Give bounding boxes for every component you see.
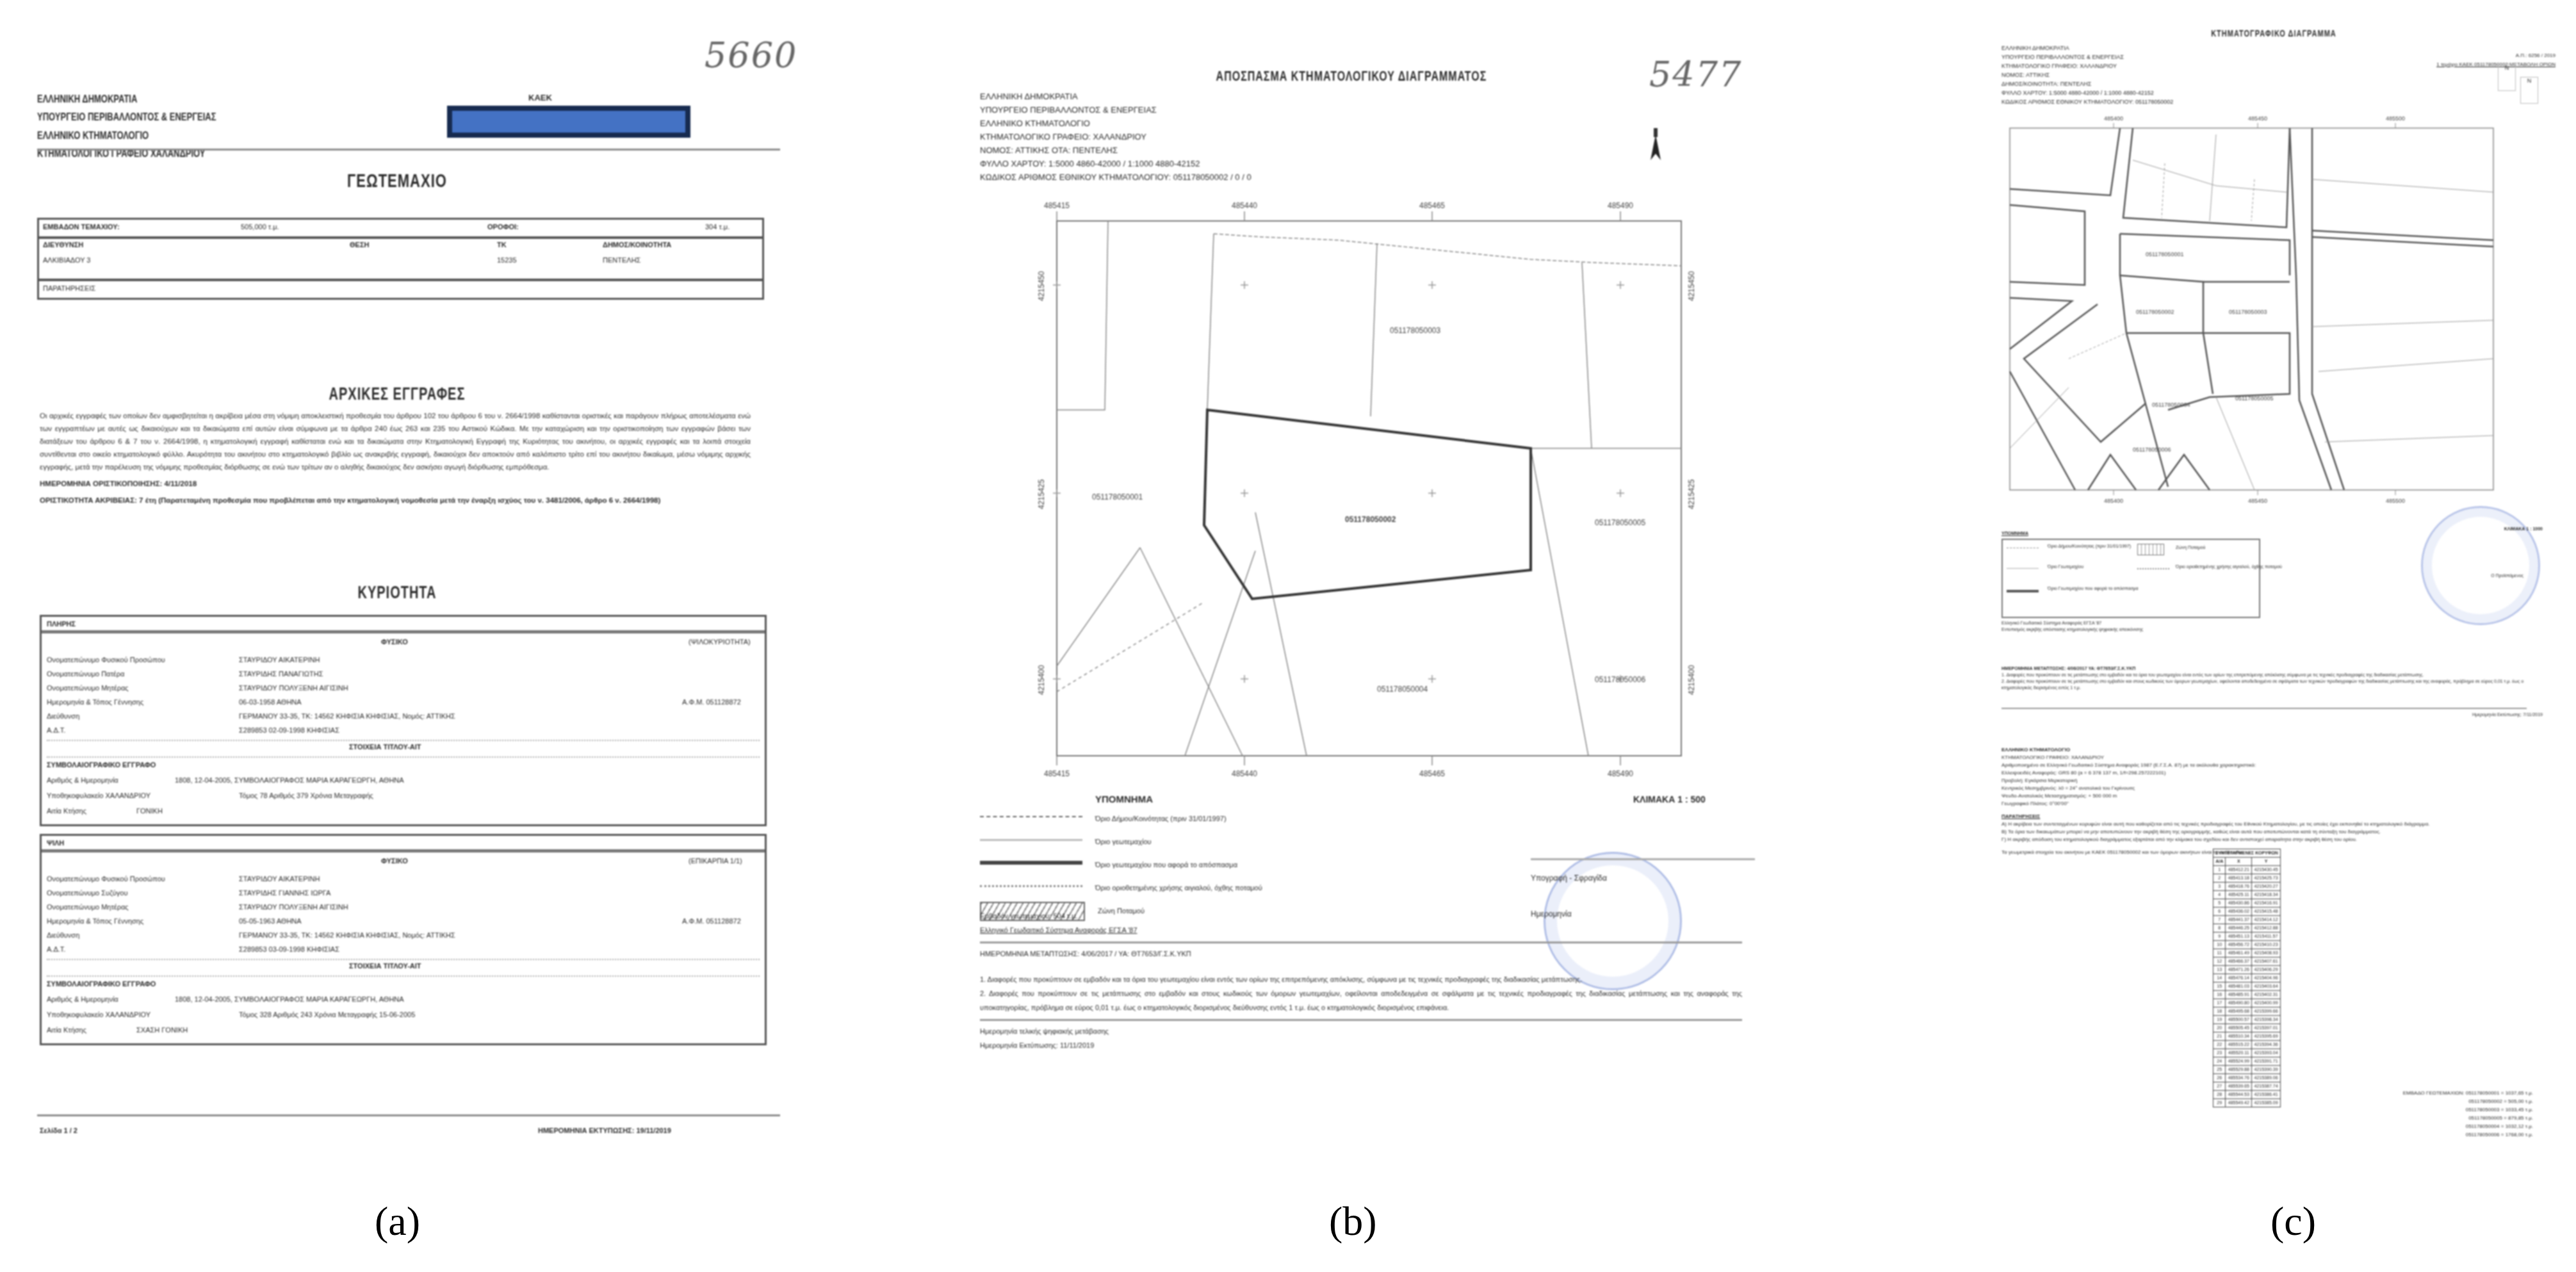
table-cell: 4215385.09 xyxy=(2252,1099,2281,1107)
field-key: Ονοματεπώνυμο Πατέρα xyxy=(47,671,239,678)
tax-id: Α.Φ.Μ. 051128872 xyxy=(682,918,741,925)
table-row: 4485425.114215418.34 xyxy=(2213,891,2281,899)
x-tick-label: 485440 xyxy=(1232,201,1257,210)
map-scale: ΚΛΙΜΑΚΑ 1 : 1000 xyxy=(2504,526,2543,533)
table-cell: 485481.03 xyxy=(2226,983,2252,991)
table-cell: 485412.21 xyxy=(2226,866,2252,874)
table-cell: 9 xyxy=(2213,933,2226,941)
field-row: Ονοματεπώνυμο Φυσικού ΠροσώπουΣΤΑΥΡΙΔΟΥ … xyxy=(47,656,320,664)
footer-divider xyxy=(37,1114,780,1116)
table-cell: 485500.57 xyxy=(2226,1016,2252,1024)
panel-a-parcel-record: 5660 ΕΛΛΗΝΙΚΗ ΔΗΜΟΚΡΑΤΙΑ ΥΠΟΥΡΓΕΙΟ ΠΕΡΙΒ… xyxy=(26,0,794,1166)
ownership-type: ΨΙΛΗ xyxy=(42,836,765,852)
table-cell: 19 xyxy=(2213,1016,2226,1024)
table-cell: 18 xyxy=(2213,1007,2226,1016)
table-cell: 4215400.99 xyxy=(2252,999,2281,1007)
field-key: Αριθμός & Ημερομηνία xyxy=(47,996,175,1004)
field-row: Α.Δ.Τ.Σ289853 02-09-1998 ΚΗΦΙΣΙΑΣ xyxy=(47,727,339,735)
table-row: 17485490.804215400.99 xyxy=(2213,999,2281,1007)
divider xyxy=(2001,708,2527,709)
table-cell: 4215394.36 xyxy=(2252,1041,2281,1049)
deed-heading: ΣΥΜΒΟΛΑΙΟΓΡΑΦΙΚΟ ΕΓΓΡΑΦΟ xyxy=(47,981,156,988)
table-row: 8485446.254215412.88 xyxy=(2213,924,2281,933)
table-cell: 4215418.34 xyxy=(2252,891,2281,899)
table-cell: 4215403.64 xyxy=(2252,983,2281,991)
table-cell: 12 xyxy=(2213,958,2226,966)
table-cell: 4215387.74 xyxy=(2252,1082,2281,1091)
person-type: ΦΥΣΙΚΟ xyxy=(381,858,408,865)
remarks-heading: ΠΑΡΑΤΗΡΗΣΕΙΣ xyxy=(2001,813,2527,820)
map-legend: ΥΠΟΜΝΗΜΑ Όριο Δήμου/Κοινότητας (πριν 31/… xyxy=(980,794,1262,923)
table-cell: 485505.45 xyxy=(2226,1024,2252,1032)
field-row: Ονοματεπώνυμο ΣυζύγουΣΤΑΥΡΙΔΗΣ ΓΙΑΝΝΗΣ Ι… xyxy=(47,890,330,897)
table-cell: 4215407.61 xyxy=(2252,958,2281,966)
table-cell: 485425.11 xyxy=(2226,891,2252,899)
area-label: ΕΜΒΑΔΟΝ ΤΕΜΑΧΙΟΥ: xyxy=(43,224,120,231)
map-scale: ΚΛΙΜΑΚΑ 1 : 500 xyxy=(1633,794,1706,804)
table-row: 11485461.494215408.93 xyxy=(2213,949,2281,958)
table-row: 26485534.764215389.06 xyxy=(2213,1074,2281,1082)
table-cell: 485436.02 xyxy=(2226,908,2252,916)
table-cell: 4215386.41 xyxy=(2252,1091,2281,1099)
field-key: Διεύθυνση xyxy=(47,932,239,940)
table-cell: 485430.86 xyxy=(2226,899,2252,908)
parcel-label: 051178050003 xyxy=(1390,326,1441,335)
signature-label: Υπογραφή - Σφραγίδα xyxy=(1531,860,1755,896)
table-cell: 27 xyxy=(2213,1082,2226,1091)
table-row: 6485436.024215415.48 xyxy=(2213,908,2281,916)
table-cell: 485461.49 xyxy=(2226,949,2252,958)
table-row: 27485539.654215387.74 xyxy=(2213,1082,2281,1091)
legend-box: Όριο Δήμου/Κοινότητας (πριν 31/01/1997) … xyxy=(2001,539,2260,618)
dotted-line-icon xyxy=(2137,568,2169,569)
table-cell: 485520.11 xyxy=(2226,1049,2252,1057)
dotted-line-icon xyxy=(980,885,1082,892)
tax-id: Α.Φ.Μ. 051128872 xyxy=(682,699,741,706)
dotted-divider xyxy=(47,975,760,977)
field-row: Ονοματεπώνυμο ΜητέραςΣΤΑΥΡΙΔΟΥ ΠΟΛΥΞΕΝΗ … xyxy=(47,685,348,692)
handwritten-number: 5660 xyxy=(705,35,797,76)
legend-label: Όριο Γεωτεμαχίου που αφορά το απόσπασμα xyxy=(2048,586,2139,592)
table-cell: 485510.34 xyxy=(2226,1032,2252,1041)
table-cell: 485495.68 xyxy=(2226,1007,2252,1016)
table-cell: 11 xyxy=(2213,949,2226,958)
legend-title: ΥΠΟΜΝΗΜΑ xyxy=(2001,532,2260,536)
right-type: (ΨΙΛΟΚΥΡΙΟΤΗΤΑ) xyxy=(689,639,751,646)
parcel-label: 051178050005 xyxy=(2235,395,2273,402)
parcel-label: 051178050006 xyxy=(1595,675,1646,684)
deed-title: ΣΤΟΙΧΕΙΑ ΤΙΤΛΟΥ-ΑΙΤ xyxy=(349,744,421,751)
x-tick-label: 485465 xyxy=(1419,769,1445,778)
table-cell: 13 xyxy=(2213,966,2226,974)
table-cell: 485534.76 xyxy=(2226,1074,2252,1082)
caption-b: (b) xyxy=(1329,1198,1377,1245)
parcel-label: 051178050005 xyxy=(1595,518,1646,527)
table-cell: 4215415.48 xyxy=(2252,908,2281,916)
tk-value: 15235 xyxy=(497,257,517,265)
table-cell: 4215402.31 xyxy=(2252,991,2281,999)
print-date: ΗΜΕΡΟΜΗΝΙΑ ΕΚΤΥΠΩΣΗΣ: 19/11/2019 xyxy=(538,1127,671,1135)
table-cell: 4215395.69 xyxy=(2252,1032,2281,1041)
dash-dot-line-icon xyxy=(980,816,1082,822)
print-date: Ημερομηνία Εκτύπωσης: 7/11/2019 xyxy=(2472,712,2543,719)
right-type: (ΕΠΙΚΑΡΠΙΑ 1/1) xyxy=(689,858,742,865)
field-value: 1808, 12-04-2005, ΣΥΜΒΟΛΑΙΟΓΡΑΦΟΣ ΜΑΡΙΑ … xyxy=(175,996,404,1004)
y-tick-label: 4215425 xyxy=(1037,479,1046,509)
legend-label: Όριο Γεωτεμαχίου xyxy=(2048,564,2083,571)
dotted-divider xyxy=(47,740,760,741)
field-value: ΣΧΑΣΗ ΓΟΝΙΚΗ xyxy=(136,1027,188,1034)
table-row: 16485485.914215402.31 xyxy=(2213,991,2281,999)
table-cell: 4215408.93 xyxy=(2252,949,2281,958)
note: 2. Διαφορές που προκύπτουν σε τις μετάπτ… xyxy=(980,987,1742,1015)
official-stamp-icon xyxy=(2421,506,2540,625)
field-value: 1808, 12-04-2005, ΣΥΜΒΟΛΑΙΟΓΡΑΦΟΣ ΜΑΡΙΑ … xyxy=(175,777,404,785)
dashed-line-icon xyxy=(2007,548,2039,548)
table-row: 9485451.134215411.57 xyxy=(2213,933,2281,941)
table-row: 12485466.374215407.61 xyxy=(2213,958,2281,966)
info-line: Κεντρικός Μεσημβρινός: λ0 = 24° ανατολικ… xyxy=(2001,785,2527,792)
legend-item: Όριο Δήμου/Κοινότητας (πριν 31/01/1997) xyxy=(980,808,1262,831)
table-row: 15485481.034215403.64 xyxy=(2213,983,2281,991)
field-key: Ημερομηνία & Τόπος Γέννησης xyxy=(47,918,239,925)
cadastral-map: 4854154854154854404854404854654854654854… xyxy=(980,0,1768,794)
table-cell: 21 xyxy=(2213,1032,2226,1041)
area-line: 051178050006 = 1768,00 τ.μ. xyxy=(2403,1130,2533,1139)
tk-label: ΤΚ xyxy=(497,241,507,249)
remark: Β) Τα όρια των δικαιωμάτων μπορεί να μην… xyxy=(2001,828,2527,836)
initial-entries-text: Οι αρχικές εγγραφές των οποίων δεν αμφισ… xyxy=(40,410,751,507)
legal-paragraph: Οι αρχικές εγγραφές των οποίων δεν αμφισ… xyxy=(40,410,751,474)
parcel-label: 051178050004 xyxy=(1377,685,1428,694)
y-tick-label: 4215400 xyxy=(1037,665,1046,695)
table-cell: 29 xyxy=(2213,1099,2226,1107)
table-cell: 485515.22 xyxy=(2226,1041,2252,1049)
caption-a: (a) xyxy=(375,1198,420,1245)
table-cell: 6 xyxy=(2213,908,2226,916)
field-row: ΔιεύθυνσηΓΕΡΜΑΝΟΥ 33-35, ΤΚ: 14562 ΚΗΦΙΣ… xyxy=(47,713,455,721)
table-cell: 4215420.27 xyxy=(2252,883,2281,891)
field-value: Τόμος 328 Αριθμός 243 Χρόνια Μεταγραφής … xyxy=(239,1011,415,1019)
field-key: Ονοματεπώνυμο Φυσικού Προσώπου xyxy=(47,656,239,664)
table-cell: 4215412.88 xyxy=(2252,924,2281,933)
legend-label: Ζώνη Ποταμού xyxy=(2176,545,2205,551)
position-label: ΘΕΣΗ xyxy=(350,241,369,249)
cadastral-map: 4854004854004854504854504855004855000511… xyxy=(1998,0,2562,532)
crs-line: Ελληνικό Γεωδαιτικό Σύστημα Αναφοράς ΕΓΣ… xyxy=(980,924,1742,938)
header-line: ΥΠΟΥΡΓΕΙΟ ΠΕΡΙΒΑΛΛΟΝΤΟΣ & ΕΝΕΡΓΕΙΑΣ xyxy=(37,108,216,127)
x-tick-label: 485450 xyxy=(2248,115,2267,122)
table-row: 1485412.214215430.45 xyxy=(2213,866,2281,874)
field-row: Υποθηκοφυλακείο ΧΑΛΑΝΔΡΙΟΥΤόμος 78 Αριθμ… xyxy=(47,792,373,800)
version-line: ΗΜΕΡΟΜΗΝΙΑ ΜΕΤΑΠΤΩΣΗΣ: 4/06/2017 / ΥΑ: Θ… xyxy=(980,947,1742,961)
note: 2. Διαφορές που προκύπτουν σε τις μετάπτ… xyxy=(2001,679,2527,692)
field-row: Αριθμός & Ημερομηνία1808, 12-04-2005, ΣΥ… xyxy=(47,777,404,785)
table-cell: 485490.80 xyxy=(2226,999,2252,1007)
legend-label: Όριο Δήμου/Κοινότητας (πριν 31/01/1997) xyxy=(1095,815,1227,823)
table-row: 19485500.574215398.34 xyxy=(2213,1016,2281,1024)
north-arrow-icon xyxy=(1651,128,1661,160)
field-value: Σ289853 03-09-1998 ΚΗΦΙΣΙΑΣ xyxy=(239,946,339,954)
deed-heading: ΣΥΜΒΟΛΑΙΟΓΡΑΦΙΚΟ ΕΓΓΡΑΦΟ xyxy=(47,762,156,769)
address-label: ΔΙΕΥΘΥΝΣΗ xyxy=(43,241,83,249)
info-line: Αριθμοποιημένο σε Ελληνικό Γεωδαιτικό Σύ… xyxy=(2001,762,2527,769)
vertex-coordinates-table: ΣΥΝΤΕΤΑΓΜΕΝΕΣ ΚΟΡΥΦΩΝ Α/Α Χ Υ 1485412.21… xyxy=(2213,849,2281,1107)
header-line: ΚΤΗΜΑΤΟΛΟΓΙΚΟ ΓΡΑΦΕΙΟ ΧΑΛΑΝΔΡΙΟΥ xyxy=(37,145,216,163)
y-tick-label: 4215450 xyxy=(1687,271,1696,301)
deed-title: ΣΤΟΙΧΕΙΑ ΤΙΤΛΟΥ-ΑΙΤ xyxy=(349,963,421,970)
table-row: 28485544.534215386.41 xyxy=(2213,1091,2281,1099)
table-title: ΣΥΝΤΕΤΑΓΜΕΝΕΣ ΚΟΡΥΦΩΝ xyxy=(2213,849,2281,858)
table-cell: 4215414.12 xyxy=(2252,916,2281,924)
parcel-areas: ΕΜΒΑΔΟ ΓΕΩΤΕΜΑΧΙΩΝ: 051178050001 = 1037,… xyxy=(2403,1089,2533,1139)
page-title: ΓΕΩΤΕΜΑΧΙΟ xyxy=(295,170,500,192)
legend-label: Όριο Δήμου/Κοινότητας (πριν 31/01/1997) xyxy=(2048,544,2131,550)
field-value: ΣΤΑΥΡΙΔΗΣ ΓΙΑΝΝΗΣ ΙΩΡΓΑ xyxy=(239,890,330,897)
parcel-label: 051178050001 xyxy=(2146,251,2183,257)
table-row: 13485471.264215406.29 xyxy=(2213,966,2281,974)
finalization-note: ΟΡΙΣΤΙΚΟΤΗΤΑ ΑΚΡΙΒΕΙΑΣ: 7 έτη (Παρατεταμ… xyxy=(40,494,751,507)
parcel-label: 051178050003 xyxy=(2229,309,2267,315)
footer-line: Ημερομηνία τελικής ψηφιακής μετάβασης xyxy=(980,1025,1742,1039)
table-cell: 4215390.39 xyxy=(2252,1066,2281,1074)
table-cell: 7 xyxy=(2213,916,2226,924)
table-row: 25485529.884215390.39 xyxy=(2213,1066,2281,1074)
table-cell: 485446.25 xyxy=(2226,924,2252,933)
x-tick-label: 485415 xyxy=(1044,201,1070,210)
table-cell: 24 xyxy=(2213,1057,2226,1066)
table-cell: 485466.37 xyxy=(2226,958,2252,966)
field-row: Ημερομηνία & Τόπος Γέννησης05-05-1963 ΑΘ… xyxy=(47,918,302,925)
table-cell: 485456.72 xyxy=(2226,941,2252,949)
field-value: ΣΤΑΥΡΙΔΟΥ ΠΟΛΥΞΕΝΗ ΑΙΓΙΣΙΝΗ xyxy=(239,685,348,692)
municipality-label: ΔΗΜΟΣ/ΚΟΙΝΟΤΗΤΑ xyxy=(603,241,671,249)
table-cell: 485413.18 xyxy=(2226,874,2252,883)
address-value: ΑΛΚΙΒΙΑΔΟΥ 3 xyxy=(43,257,90,265)
redaction-box xyxy=(447,106,690,138)
table-cell: 485544.53 xyxy=(2226,1091,2252,1099)
table-row: 22485515.224215394.36 xyxy=(2213,1041,2281,1049)
divider xyxy=(39,236,762,239)
table-cell: 485539.65 xyxy=(2226,1082,2252,1091)
field-value: ΣΤΑΥΡΙΔΟΥ ΑΙΚΑΤΕΡΙΝΗ xyxy=(239,656,320,664)
area-value: 505,000 τ.μ. xyxy=(241,224,279,231)
table-cell: 485524.99 xyxy=(2226,1057,2252,1066)
field-key: Ονοματεπώνυμο Φυσικού Προσώπου xyxy=(47,876,239,883)
crs-line: Ελληνικό Γεωδαιτικό Σύστημα Αναφοράς ΕΓΣ… xyxy=(2001,621,2260,627)
field-key: Αιτία Κτήσης xyxy=(47,808,136,815)
y-tick-label: 4215425 xyxy=(1687,479,1696,509)
field-key: Ονοματεπώνυμο Μητέρας xyxy=(47,904,239,911)
table-cell: 8 xyxy=(2213,924,2226,933)
note: ΗΜΕΡΟΜΗΝΙΑ ΜΕΤΑΠΤΩΣΗΣ: 4/06/2017 ΥΑ: ΘΤ7… xyxy=(2001,666,2527,673)
divider xyxy=(980,942,1742,943)
footer-line: Ημερομηνία Εκτύπωσης: 11/11/2019 xyxy=(980,1039,1742,1053)
kaek-label: ΚΑΕΚ xyxy=(528,93,552,102)
field-row: ΔιεύθυνσηΓΕΡΜΑΝΟΥ 33-35, ΤΚ: 14562 ΚΗΦΙΣ… xyxy=(47,932,455,940)
field-key: Αιτία Κτήσης xyxy=(47,1027,136,1034)
field-value: Τόμος 78 Αριθμός 379 Χρόνια Μεταγραφής xyxy=(239,792,373,800)
dotted-divider xyxy=(47,959,760,960)
column-header: Υ xyxy=(2252,858,2281,866)
field-row: Υποθηκοφυλακείο ΧΑΛΑΝΔΡΙΟΥΤόμος 328 Αριθ… xyxy=(47,1011,415,1019)
floor-value: 304 τ.μ. xyxy=(705,224,730,231)
reference-system-info: ΕΛΛΗΝΙΚΟ ΚΤΗΜΑΤΟΛΟΓΙΟ ΚΤΗΜΑΤΟΛΟΓΙΚΟ ΓΡΑΦ… xyxy=(2001,746,2527,856)
field-value: ΓΟΝΙΚΗ xyxy=(136,808,163,815)
table-row: 2485413.184215425.73 xyxy=(2213,874,2281,883)
table-row: 14485476.144215404.96 xyxy=(2213,974,2281,983)
field-row: Ημερομηνία & Τόπος Γέννησης06-03-1958 ΑΘ… xyxy=(47,699,302,706)
table-cell: 4215393.04 xyxy=(2252,1049,2281,1057)
table-cell: 4215391.71 xyxy=(2252,1057,2281,1066)
page-number: Σελίδα 1 / 2 xyxy=(40,1127,77,1135)
table-cell: 4215410.23 xyxy=(2252,941,2281,949)
table-cell: 485471.26 xyxy=(2226,966,2252,974)
table-cell: 25 xyxy=(2213,1066,2226,1074)
y-tick-label: 4215450 xyxy=(1037,271,1046,301)
legend-item: Όριο οριοθετημένης χρήσης αιγιαλού, όχθη… xyxy=(980,877,1262,900)
caption-c: (c) xyxy=(2270,1198,2316,1245)
parcel-area: Εμβαδόν γεωτεμαχίου: 504 τ.μ. xyxy=(980,909,1742,924)
x-tick-label: 485440 xyxy=(1232,769,1257,778)
info-line: Προβολή: Εγκάρσια Μερκατορική xyxy=(2001,777,2527,785)
table-cell: 485451.13 xyxy=(2226,933,2252,941)
x-tick-label: 485490 xyxy=(1608,201,1633,210)
table-cell: 485418.76 xyxy=(2226,883,2252,891)
legend-label: Όριο οριοθετημένης χρήσης αιγιαλού, όχθη… xyxy=(2176,564,2282,571)
field-row: Α.Δ.Τ.Σ289853 03-09-1998 ΚΗΦΙΣΙΑΣ xyxy=(47,946,339,954)
table-cell: 485549.42 xyxy=(2226,1099,2252,1107)
area-line: 051178050005 = 879,85 τ.μ. xyxy=(2403,1114,2533,1122)
field-value: ΣΤΑΥΡΙΔΟΥ ΑΙΚΑΤΕΡΙΝΗ xyxy=(239,876,320,883)
table-cell: 4215397.01 xyxy=(2252,1024,2281,1032)
ownership-title: ΚΥΡΙΟΤΗΤΑ xyxy=(301,583,493,603)
initial-entries-title: ΑΡΧΙΚΕΣ ΕΓΓΡΑΦΕΣ xyxy=(282,385,512,405)
x-tick-label: 485400 xyxy=(2104,115,2123,122)
table-cell: 17 xyxy=(2213,999,2226,1007)
map-legend: ΥΠΟΜΝΗΜΑ Όριο Δήμου/Κοινότητας (πριν 31/… xyxy=(2001,532,2260,633)
table-cell: 22 xyxy=(2213,1041,2226,1049)
table-cell: 485485.91 xyxy=(2226,991,2252,999)
map-notes: Εμβαδόν γεωτεμαχίου: 504 τ.μ. Ελληνικό Γ… xyxy=(980,909,1742,1053)
field-row: Αριθμός & Ημερομηνία1808, 12-04-2005, ΣΥ… xyxy=(47,996,404,1004)
field-value: 05-05-1963 ΑΘΗΝΑ xyxy=(239,918,302,925)
table-cell: 4215399.66 xyxy=(2252,1007,2281,1016)
field-key: Διεύθυνση xyxy=(47,713,239,721)
x-tick-label: 485500 xyxy=(2386,115,2405,122)
column-header: Α/Α xyxy=(2213,858,2226,866)
field-value: 06-03-1958 ΑΘΗΝΑ xyxy=(239,699,302,706)
table-cell: 4215416.91 xyxy=(2252,899,2281,908)
municipality-value: ΠΕΝΤΕΛΗΣ xyxy=(603,257,640,265)
table-row: 7485441.374215414.12 xyxy=(2213,916,2281,924)
table-cell: 16 xyxy=(2213,991,2226,999)
field-row: Ονοματεπώνυμο ΠατέραΣΤΑΥΡΙΔΗΣ ΠΑΝΑΓΙΩΤΗΣ xyxy=(47,671,323,678)
table-cell: 4215398.34 xyxy=(2252,1016,2281,1024)
table-cell: 23 xyxy=(2213,1049,2226,1057)
x-tick-label: 485400 xyxy=(2104,498,2123,504)
parcel-label: 051178050002 xyxy=(2136,309,2174,315)
table-cell: 4 xyxy=(2213,891,2226,899)
finalization-date: ΗΜΕΡΟΜΗΝΙΑ ΟΡΙΣΤΙΚΟΠΟΙΗΣΗΣ: 4/11/2018 xyxy=(40,478,751,491)
thin-line-icon xyxy=(980,839,1082,846)
panel-b-cadastral-extract: 5477 ΑΠΟΣΠΑΣΜΑ ΚΤΗΜΑΤΟΛΟΓΙΚΟΥ ΔΙΑΓΡΑΜΜΑΤ… xyxy=(980,0,1768,1166)
dotted-divider xyxy=(47,756,760,758)
info-line: ΚΤΗΜΑΤΟΛΟΓΙΚΟ ΓΡΑΦΕΙΟ: ΧΑΛΑΝΔΡΙΟΥ xyxy=(2001,754,2527,762)
field-key: Α.Δ.Τ. xyxy=(47,946,239,954)
x-tick-label: 485490 xyxy=(1608,769,1633,778)
table-row: 21485510.344215395.69 xyxy=(2213,1032,2281,1041)
area-line: 051178050003 = 1033,45 τ.μ. xyxy=(2403,1105,2533,1114)
note: 1. Διαφορές που προκύπτουν σε τις μετάπτ… xyxy=(2001,673,2527,679)
x-tick-label: 485500 xyxy=(2386,498,2405,504)
divider xyxy=(39,279,762,281)
map-notes: ΗΜΕΡΟΜΗΝΙΑ ΜΕΤΑΠΤΩΣΗΣ: 4/06/2017 ΥΑ: ΘΤ7… xyxy=(2001,666,2527,692)
field-value: ΓΕΡΜΑΝΟΥ 33-35, ΤΚ: 14562 ΚΗΦΙΣΙΑ ΚΗΦΙΣΙ… xyxy=(239,932,455,940)
field-key: Υποθηκοφυλακείο ΧΑΛΑΝΔΡΙΟΥ xyxy=(47,792,239,800)
thick-line-icon xyxy=(2007,590,2039,592)
table-cell: 485441.37 xyxy=(2226,916,2252,924)
thick-line-icon xyxy=(980,861,1082,870)
parcel-label: 051178050002 xyxy=(1345,515,1396,524)
x-tick-label: 485415 xyxy=(1044,769,1070,778)
x-tick-label: 485465 xyxy=(1419,201,1445,210)
agency-header: ΕΛΛΗΝΙΚΗ ΔΗΜΟΚΡΑΤΙΑ ΥΠΟΥΡΓΕΙΟ ΠΕΡΙΒΑΛΛΟΝ… xyxy=(37,90,216,163)
table-cell: 1 xyxy=(2213,866,2226,874)
area-line: ΕΜΒΑΔΟ ΓΕΩΤΕΜΑΧΙΩΝ: 051178050001 = 1037,… xyxy=(2403,1089,2533,1097)
field-key: Α.Δ.Τ. xyxy=(47,727,239,735)
info-line: Ψευδο-Ανατολικός Μετασχηματισμός: + 500 … xyxy=(2001,792,2527,800)
field-row: Αιτία ΚτήσηςΓΟΝΙΚΗ xyxy=(47,808,163,815)
table-cell: 4215404.96 xyxy=(2252,974,2281,983)
legend-item: Όριο γεωτεμαχίου που αφορά το απόσπασμα xyxy=(980,854,1262,877)
field-value: ΣΤΑΥΡΙΔΟΥ ΠΟΛΥΞΕΝΗ ΑΙΓΙΣΙΝΗ xyxy=(239,904,348,911)
legend-label: Όριο γεωτεμαχίου xyxy=(1095,838,1152,846)
x-tick-label: 485450 xyxy=(2248,498,2267,504)
table-cell: 10 xyxy=(2213,941,2226,949)
field-row: Ονοματεπώνυμο Φυσικού ΠροσώπουΣΤΑΥΡΙΔΟΥ … xyxy=(47,876,320,883)
note: 1. Διαφορές που προκύπτουν σε εμβαδόν κα… xyxy=(980,973,1742,987)
field-value: ΓΕΡΜΑΝΟΥ 33-35, ΤΚ: 14562 ΚΗΦΙΣΙΑ ΚΗΦΙΣΙ… xyxy=(239,713,455,721)
field-row: Αιτία ΚτήσηςΣΧΑΣΗ ΓΟΝΙΚΗ xyxy=(47,1027,188,1034)
parcel-label: 051178050006 xyxy=(2133,446,2171,453)
remark: Γ) Η ακριβής απόδοση του κτηματολογικού … xyxy=(2001,836,2527,844)
table-row: 3485418.764215420.27 xyxy=(2213,883,2281,891)
table-cell: 15 xyxy=(2213,983,2226,991)
table-row: 20485505.454215397.01 xyxy=(2213,1024,2281,1032)
legend-title: ΥΠΟΜΝΗΜΑ xyxy=(1095,794,1262,805)
field-row: Ονοματεπώνυμο ΜητέραςΣΤΑΥΡΙΔΟΥ ΠΟΛΥΞΕΝΗ … xyxy=(47,904,348,911)
owner-record: ΨΙΛΗ ΦΥΣΙΚΟ (ΕΠΙΚΑΡΠΙΑ 1/1) Ονοματεπώνυμ… xyxy=(40,834,767,1045)
remarks-label: ΠΑΡΑΤΗΡΗΣΕΙΣ xyxy=(43,285,95,293)
table-cell: 3 xyxy=(2213,883,2226,891)
parcel-label: 051178050001 xyxy=(1092,493,1143,501)
field-value: Σ289853 02-09-1998 ΚΗΦΙΣΙΑΣ xyxy=(239,727,339,735)
owner-record: ΠΛΗΡΗΣ ΦΥΣΙΚΟ (ΨΙΛΟΚΥΡΙΟΤΗΤΑ) Ονοματεπών… xyxy=(40,615,767,826)
area-line: 051178050004 = 1032,12 τ.μ. xyxy=(2403,1122,2533,1130)
header-divider xyxy=(37,149,780,151)
person-type: ΦΥΣΙΚΟ xyxy=(381,639,408,646)
table-row: 5485430.864215416.91 xyxy=(2213,899,2281,908)
info-line: Γεωγραφικό Πλάτος: 0°00'00" xyxy=(2001,800,2527,808)
ownership-type: ΠΛΗΡΗΣ xyxy=(42,617,765,633)
table-cell: 2 xyxy=(2213,874,2226,883)
field-key: Αριθμός & Ημερομηνία xyxy=(47,777,175,785)
table-row: 29485549.424215385.09 xyxy=(2213,1099,2281,1107)
info-heading: ΕΛΛΗΝΙΚΟ ΚΤΗΜΑΤΟΛΟΓΙΟ xyxy=(2001,746,2527,754)
remark: Α) Η ακρίβεια των συντεταγμένων κορυφών … xyxy=(2001,820,2527,828)
info-line: Ελλειψοειδές Αναφοράς: GRS 80 (a = 6 378… xyxy=(2001,769,2527,777)
